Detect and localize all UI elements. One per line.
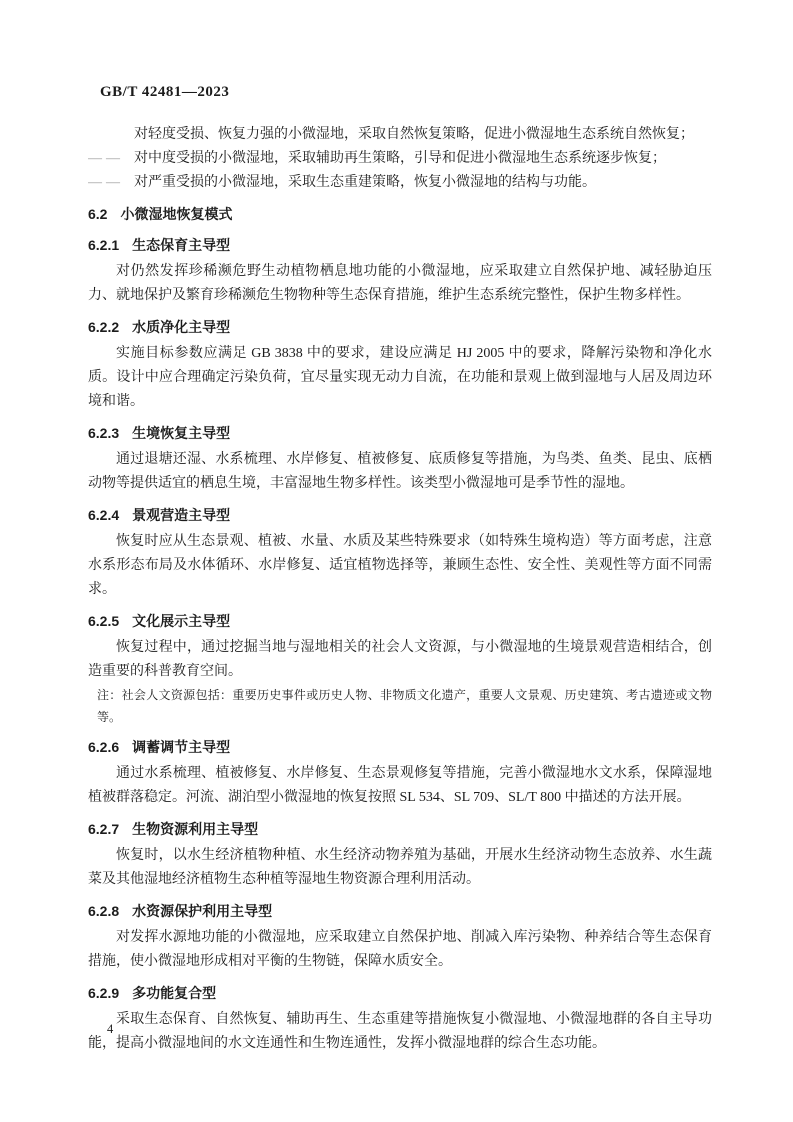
clause-number: 6.2.7 bbox=[88, 817, 119, 841]
paragraph: 采取生态保育、自然恢复、辅助再生、生态重建等措施恢复小微湿地、小微湿地群的各自主… bbox=[88, 1008, 712, 1056]
dash-prefix: —— bbox=[88, 147, 134, 171]
clause-heading: 6.2.3生境恢复主导型 bbox=[88, 421, 712, 445]
list-item: ——对中度受损的小微湿地，采取辅助再生策略，引导和促进小微湿地生态系统逐步恢复； bbox=[88, 147, 712, 171]
standard-number: GB/T 42481—2023 bbox=[100, 80, 712, 105]
paragraph: 对发挥水源地功能的小微湿地，应采取建立自然保护地、削减入库污染物、种养结合等生态… bbox=[88, 926, 712, 974]
list-item: ——对严重受损的小微湿地，采取生态重建策略，恢复小微湿地的结构与功能。 bbox=[88, 171, 712, 195]
clause-heading: 6.2.8水资源保护利用主导型 bbox=[88, 899, 712, 923]
note: 注：社会人文资源包括：重要历史事件或历史人物、非物质文化遗产，重要人文景观、历史… bbox=[97, 684, 712, 728]
clause-title: 水质净化主导型 bbox=[132, 319, 230, 335]
paragraph: 恢复时，以水生经济植物种植、水生经济动物养殖为基础，开展水生经济动物生态放养、水… bbox=[88, 844, 712, 892]
list-item: 对轻度受损、恢复力强的小微湿地，采取自然恢复策略，促进小微湿地生态系统自然恢复； bbox=[88, 123, 712, 147]
clause-title: 生物资源利用主导型 bbox=[132, 821, 258, 837]
clause-title: 生态保育主导型 bbox=[132, 237, 230, 253]
clause-number: 6.2.3 bbox=[88, 421, 119, 445]
paragraph: 恢复时应从生态景观、植被、水量、水质及某些特殊要求（如特殊生境构造）等方面考虑，… bbox=[88, 530, 712, 602]
list-item-text: 对中度受损的小微湿地，采取辅助再生策略，引导和促进小微湿地生态系统逐步恢复； bbox=[134, 151, 666, 166]
clause-heading: 6.2.4景观营造主导型 bbox=[88, 503, 712, 527]
paragraph: 恢复过程中，通过挖掘当地与湿地相关的社会人文资源，与小微湿地的生境景观营造相结合… bbox=[88, 636, 712, 684]
clause-number: 6.2.4 bbox=[88, 503, 119, 527]
paragraph: 对仍然发挥珍稀濒危野生动植物栖息地功能的小微湿地，应采取建立自然保护地、减轻胁迫… bbox=[88, 260, 712, 308]
clause-title: 调蓄调节主导型 bbox=[132, 739, 230, 755]
clause-heading: 6.2.9多功能复合型 bbox=[88, 981, 712, 1005]
clause-heading: 6.2.7生物资源利用主导型 bbox=[88, 817, 712, 841]
paragraph: 通过退塘还湿、水系梳理、水岸修复、植被修复、底质修复等措施，为鸟类、鱼类、昆虫、… bbox=[88, 448, 712, 496]
clause-heading: 6.2小微湿地恢复模式 bbox=[88, 202, 712, 226]
clause-title: 文化展示主导型 bbox=[132, 613, 230, 629]
clause-heading: 6.2.1生态保育主导型 bbox=[88, 233, 712, 257]
document-page: GB/T 42481—2023 对轻度受损、恢复力强的小微湿地，采取自然恢复策略… bbox=[0, 0, 793, 1122]
list-item-text: 对轻度受损、恢复力强的小微湿地，采取自然恢复策略，促进小微湿地生态系统自然恢复； bbox=[134, 127, 694, 142]
list-item-text: 对严重受损的小微湿地，采取生态重建策略，恢复小微湿地的结构与功能。 bbox=[134, 175, 596, 190]
clause-title: 生境恢复主导型 bbox=[132, 425, 230, 441]
clause-number: 6.2 bbox=[88, 202, 107, 226]
strategy-list: 对轻度受损、恢复力强的小微湿地，采取自然恢复策略，促进小微湿地生态系统自然恢复；… bbox=[88, 123, 712, 195]
paragraph: 实施目标参数应满足 GB 3838 中的要求，建设应满足 HJ 2005 中的要… bbox=[88, 342, 712, 414]
clause-number: 6.2.8 bbox=[88, 899, 119, 923]
dash-prefix: —— bbox=[88, 171, 134, 195]
clause-number: 6.2.5 bbox=[88, 609, 119, 633]
clause-number: 6.2.9 bbox=[88, 981, 119, 1005]
clause-heading: 6.2.5文化展示主导型 bbox=[88, 609, 712, 633]
clause-title: 景观营造主导型 bbox=[132, 507, 230, 523]
clause-heading: 6.2.2水质净化主导型 bbox=[88, 315, 712, 339]
clause-title: 多功能复合型 bbox=[132, 985, 216, 1001]
paragraph: 通过水系梳理、植被修复、水岸修复、生态景观修复等措施，完善小微湿地水文水系，保障… bbox=[88, 762, 712, 810]
page-number: 4 bbox=[107, 1022, 113, 1037]
clause-heading: 6.2.6调蓄调节主导型 bbox=[88, 735, 712, 759]
clause-number: 6.2.6 bbox=[88, 735, 119, 759]
clause-number: 6.2.1 bbox=[88, 233, 119, 257]
clause-title: 水资源保护利用主导型 bbox=[132, 903, 272, 919]
clause-title: 小微湿地恢复模式 bbox=[120, 206, 232, 222]
clause-number: 6.2.2 bbox=[88, 315, 119, 339]
